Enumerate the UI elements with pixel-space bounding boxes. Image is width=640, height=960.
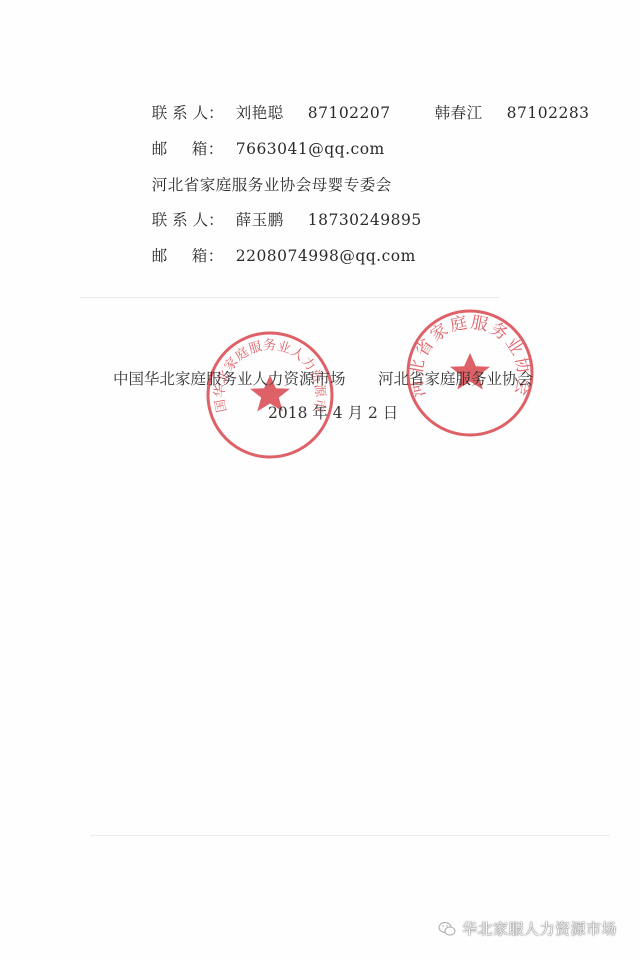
email-label: 邮 [152, 246, 192, 266]
signature-date: 2018 年 4 月 2 日 [268, 403, 398, 423]
signature-org-2: 河北省家庭服务业协会 [378, 369, 533, 389]
signature-org-1: 中国华北家庭服务业人力资源市场 [113, 369, 346, 389]
document-page: 联 系 人：刘艳聪87102207韩春江87102283 邮箱：7663041@… [0, 0, 640, 960]
email-line-2: 邮箱：2208074998@qq.com [130, 226, 416, 286]
divider [80, 297, 500, 298]
contact-phone: 87102283 [507, 103, 590, 123]
wechat-watermark: 华北家服人力资源市场 [438, 918, 617, 939]
divider [90, 835, 610, 836]
account-name: 华北家服人力资源市场 [462, 918, 617, 939]
official-seal: 中国华北家庭服务业人力资源市场 [205, 330, 335, 460]
email-label: 箱： [192, 246, 236, 266]
contact-name: 韩春江 [435, 103, 483, 123]
email-value: 2208074998@qq.com [236, 246, 416, 266]
wechat-icon [438, 921, 456, 937]
